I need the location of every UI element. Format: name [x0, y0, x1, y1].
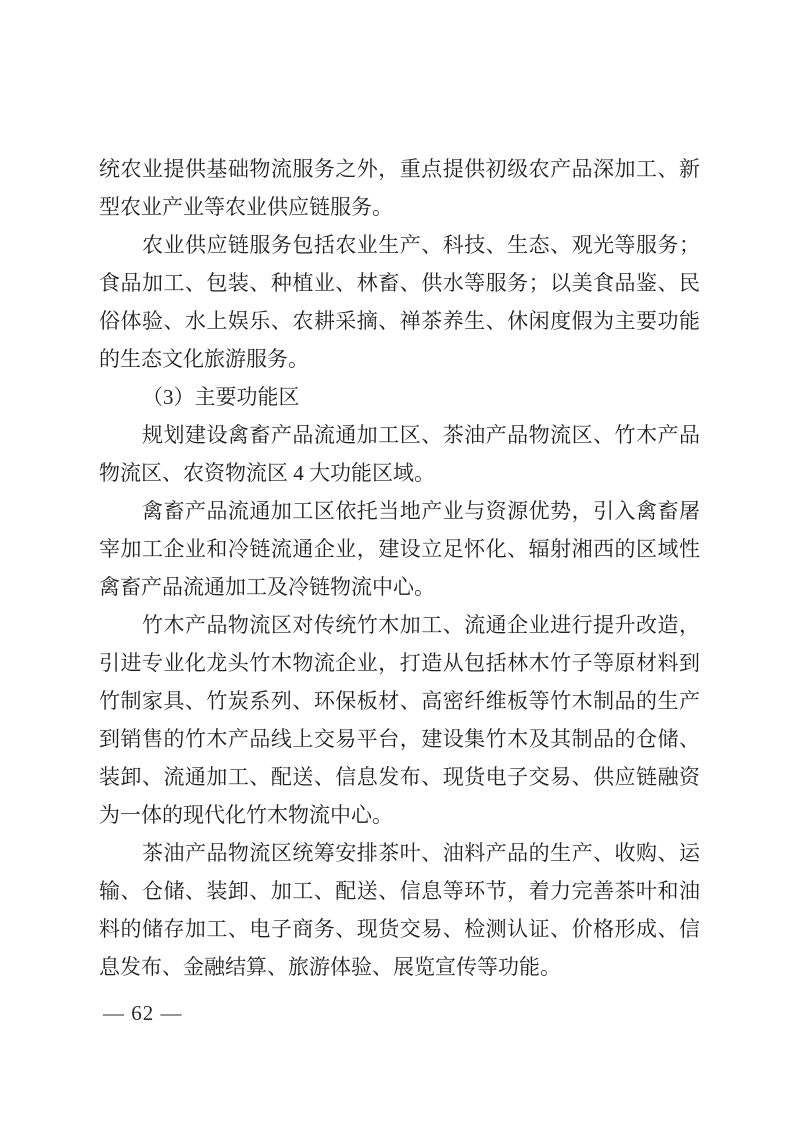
text-line: 禽畜产品流通加工区依托当地产业与资源优势，引入禽畜屠 [99, 492, 700, 530]
text-line: 物流区、农资物流区 4 大功能区域。 [99, 454, 700, 492]
text-line: 禽畜产品流通加工及冷链物流中心。 [99, 568, 700, 606]
text-line: 规划建设禽畜产品流通加工区、茶油产品物流区、竹木产品 [99, 416, 700, 454]
text-line: 装卸、流通加工、配送、信息发布、现货电子交易、供应链融资 [99, 758, 700, 796]
text-line: 息发布、金融结算、旅游体验、展览宣传等功能。 [99, 948, 700, 986]
text-line: 为一体的现代化竹木物流中心。 [99, 796, 700, 834]
text-line: 到销售的竹木产品线上交易平台，建设集竹木及其制品的仓储、 [99, 720, 700, 758]
text-line: 茶油产品物流区统筹安排茶叶、油料产品的生产、收购、运 [99, 834, 700, 872]
text-line: 宰加工企业和冷链流通企业，建设立足怀化、辐射湘西的区域性 [99, 530, 700, 568]
text-line: 的生态文化旅游服务。 [99, 340, 700, 378]
text-line: 农业供应链服务包括农业生产、科技、生态、观光等服务； [99, 226, 700, 264]
text-line: 引进专业化龙头竹木物流企业，打造从包括林木竹子等原材料到 [99, 644, 700, 682]
text-line: 输、仓储、装卸、加工、配送、信息等环节，着力完善茶叶和油 [99, 872, 700, 910]
page-footer: — 62 — [103, 1000, 183, 1026]
text-line: 食品加工、包装、种植业、林畜、供水等服务；以美食品鉴、民 [99, 264, 700, 302]
page-number: — 62 — [103, 1001, 183, 1025]
text-line: 型农业产业等农业供应链服务。 [99, 188, 700, 226]
text-line: 统农业提供基础物流服务之外，重点提供初级农产品深加工、新 [99, 150, 700, 188]
text-line: （3）主要功能区 [99, 378, 700, 416]
text-line: 竹木产品物流区对传统竹木加工、流通企业进行提升改造， [99, 606, 700, 644]
text-line: 俗体验、水上娱乐、农耕采摘、禅茶养生、休闲度假为主要功能 [99, 302, 700, 340]
document-page: 统农业提供基础物流服务之外，重点提供初级农产品深加工、新型农业产业等农业供应链服… [0, 0, 793, 1122]
document-body: 统农业提供基础物流服务之外，重点提供初级农产品深加工、新型农业产业等农业供应链服… [99, 150, 700, 986]
text-line: 料的储存加工、电子商务、现货交易、检测认证、价格形成、信 [99, 910, 700, 948]
text-line: 竹制家具、竹炭系列、环保板材、高密纤维板等竹木制品的生产 [99, 682, 700, 720]
